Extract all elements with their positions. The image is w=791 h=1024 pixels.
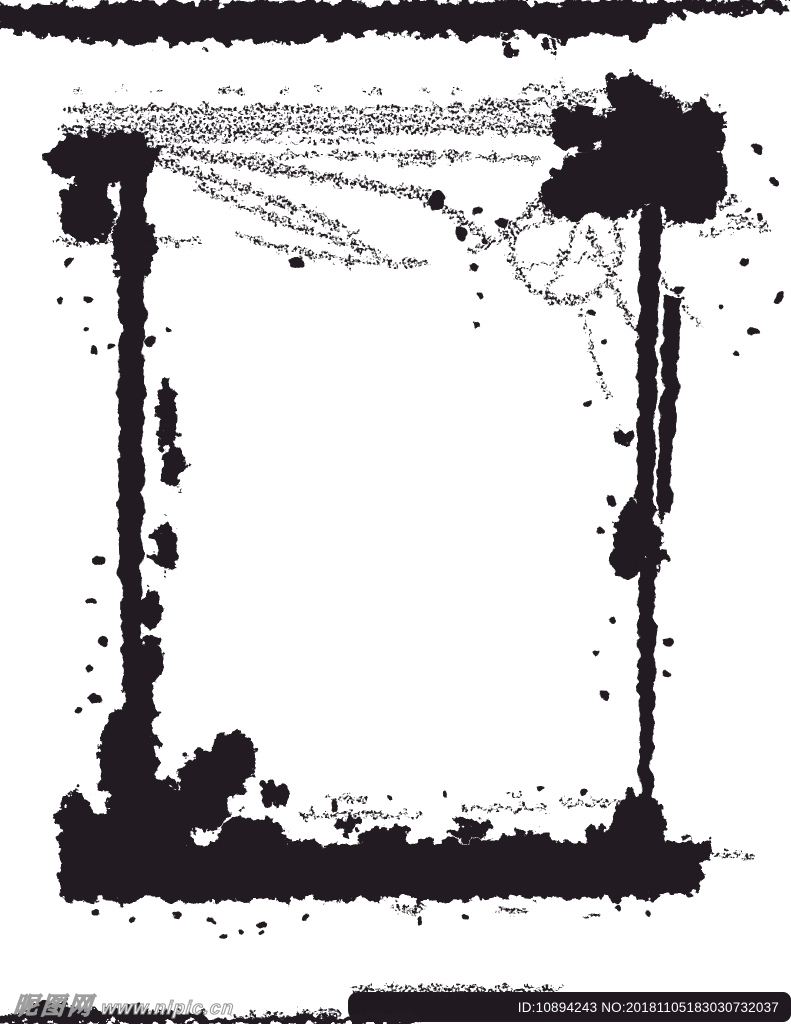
- frame-right-edge-blobs: [585, 428, 679, 890]
- bottom-left-ink-blob: [57, 705, 289, 885]
- top-ink-stroke: [0, 0, 791, 55]
- watermark-site-name: 昵图网: [12, 993, 96, 1020]
- frame-left-edge-blobs: [120, 380, 184, 736]
- image-id-badge: ID:10894243 NO:20181105183030732037: [348, 992, 791, 1022]
- watermark-site-url: www.nipic.cn: [100, 998, 235, 1019]
- frame-bottom-band: [60, 816, 712, 902]
- top-right-ink-blob: [540, 74, 726, 224]
- image-id-text: ID:10894243 NO:20181105183030732037: [518, 1000, 779, 1015]
- grunge-frame-graphic: [0, 0, 791, 1024]
- ink-speckles: [57, 145, 783, 939]
- frame-top-edge: [58, 86, 752, 244]
- frame-corner-top-left: [47, 132, 159, 283]
- foliage-blobs: [290, 191, 507, 268]
- frame-right-edge: [636, 205, 682, 812]
- frame-bottom-streaks: [300, 792, 754, 917]
- frame-left-edge: [118, 132, 146, 706]
- branch-strokes: [470, 82, 766, 396]
- corner-foliage-streaks: [148, 146, 486, 263]
- nipic-watermark: 昵图网www.nipic.cn: [12, 986, 236, 1021]
- stock-image-preview: ID:10894243 NO:20181105183030732037: [0, 0, 791, 1024]
- ink-ring: [512, 193, 620, 301]
- bottom-band-speckles: [92, 785, 704, 930]
